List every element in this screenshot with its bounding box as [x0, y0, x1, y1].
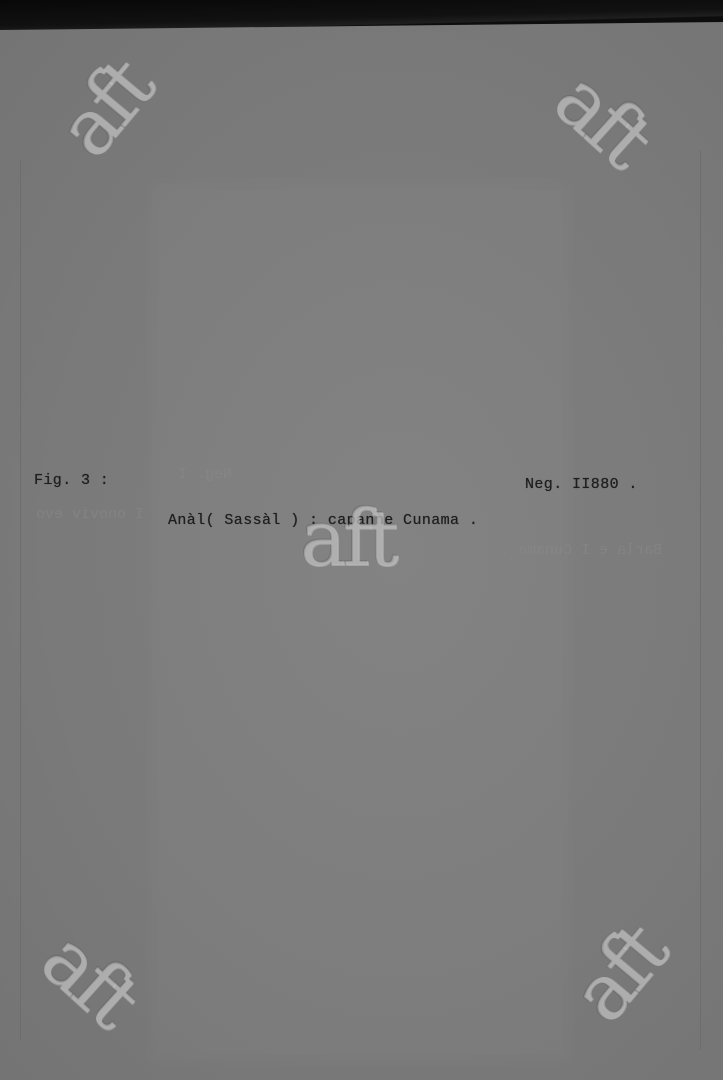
right-edge-line	[700, 150, 701, 1050]
photo-shadow-area	[150, 182, 570, 1062]
negative-number: Neg. II880 .	[525, 476, 638, 493]
bleed-through-text-3: Barla e I Cunama .	[500, 542, 662, 559]
watermark-center: aft	[300, 500, 395, 578]
bleed-through-text-2: I onoviv evo	[36, 506, 144, 523]
figure-label: Fig. 3 :	[34, 472, 109, 489]
left-edge-line	[20, 160, 21, 1040]
bleed-through-text-1: Neg. I	[178, 466, 232, 483]
